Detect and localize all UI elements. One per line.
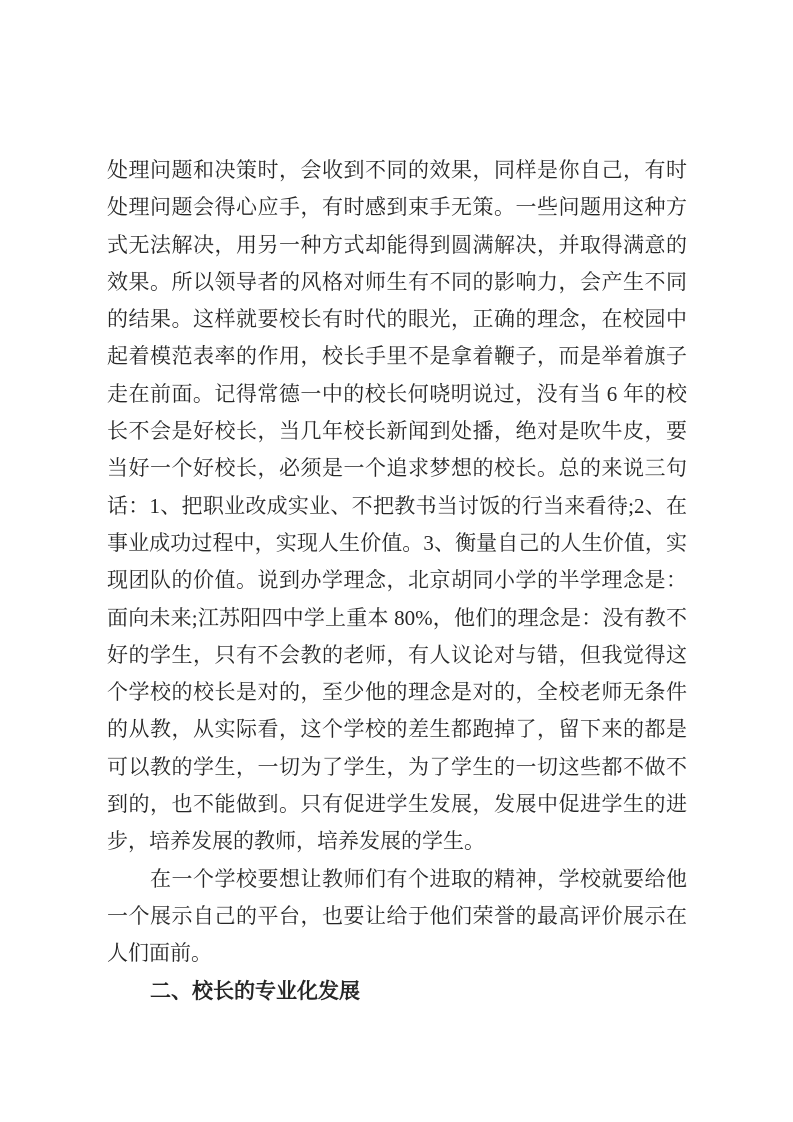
text-line: 式无法解决，用另一种方式却能得到圆满解决，并取得满意的 (107, 227, 687, 264)
text-line: 个学校的校长是对的，至少他的理念是对的，全校老师无条件 (107, 674, 687, 711)
text-line: 面向未来;江苏阳四中学上重本 80%，他们的理念是：没有教不 (107, 600, 687, 637)
text-line: 人们面前。 (107, 935, 687, 972)
text-line: 在一个学校要想让教师们有个进取的精神，学校就要给他 (107, 861, 687, 898)
text-line: 效果。所以领导者的风格对师生有不同的影响力，会产生不同 (107, 264, 687, 301)
text-line: 好的学生，只有不会教的老师，有人议论对与错，但我觉得这 (107, 637, 687, 674)
text-line: 二、校长的专业化发展 (107, 973, 687, 1010)
text-line: 可以教的学生，一切为了学生，为了学生的一切这些都不做不 (107, 749, 687, 786)
text-line: 走在前面。记得常德一中的校长何哓明说过，没有当 6 年的校 (107, 376, 687, 413)
text-line: 的结果。这样就要校长有时代的眼光，正确的理念，在校园中 (107, 301, 687, 338)
document-page: 处理问题和决策时，会收到不同的效果，同样是你自己，有时处理问题会得心应手，有时感… (0, 0, 793, 1122)
section-heading: 二、校长的专业化发展 (107, 973, 687, 1010)
text-line: 话：1、把职业改成实业、不把教书当讨饭的行当来看待;2、在 (107, 488, 687, 525)
text-line: 现团队的价值。说到办学理念，北京胡同小学的半学理念是： (107, 562, 687, 599)
text-line: 事业成功过程中，实现人生价值。3、衡量自己的人生价值，实 (107, 525, 687, 562)
text-line: 处理问题和决策时，会收到不同的效果，同样是你自己，有时 (107, 152, 687, 189)
text-line: 步，培养发展的教师，培养发展的学生。 (107, 823, 687, 860)
body-paragraph-2: 在一个学校要想让教师们有个进取的精神，学校就要给他一个展示自己的平台，也要让给于… (107, 861, 687, 973)
text-line: 处理问题会得心应手，有时感到束手无策。一些问题用这种方 (107, 189, 687, 226)
body-paragraph-1: 处理问题和决策时，会收到不同的效果，同样是你自己，有时处理问题会得心应手，有时感… (107, 152, 687, 861)
text-line: 长不会是好校长，当几年校长新闻到处播，绝对是吹牛皮，要 (107, 413, 687, 450)
text-line: 到的，也不能做到。只有促进学生发展，发展中促进学生的进 (107, 786, 687, 823)
text-line: 当好一个好校长，必须是一个追求梦想的校长。总的来说三句 (107, 450, 687, 487)
text-line: 的从教，从实际看，这个学校的差生都跑掉了，留下来的都是 (107, 711, 687, 748)
text-line: 一个展示自己的平台，也要让给于他们荣誉的最高评价展示在 (107, 898, 687, 935)
text-line: 起着模范表率的作用，校长手里不是拿着鞭子，而是举着旗子 (107, 338, 687, 375)
document-body: 处理问题和决策时，会收到不同的效果，同样是你自己，有时处理问题会得心应手，有时感… (107, 152, 687, 1010)
